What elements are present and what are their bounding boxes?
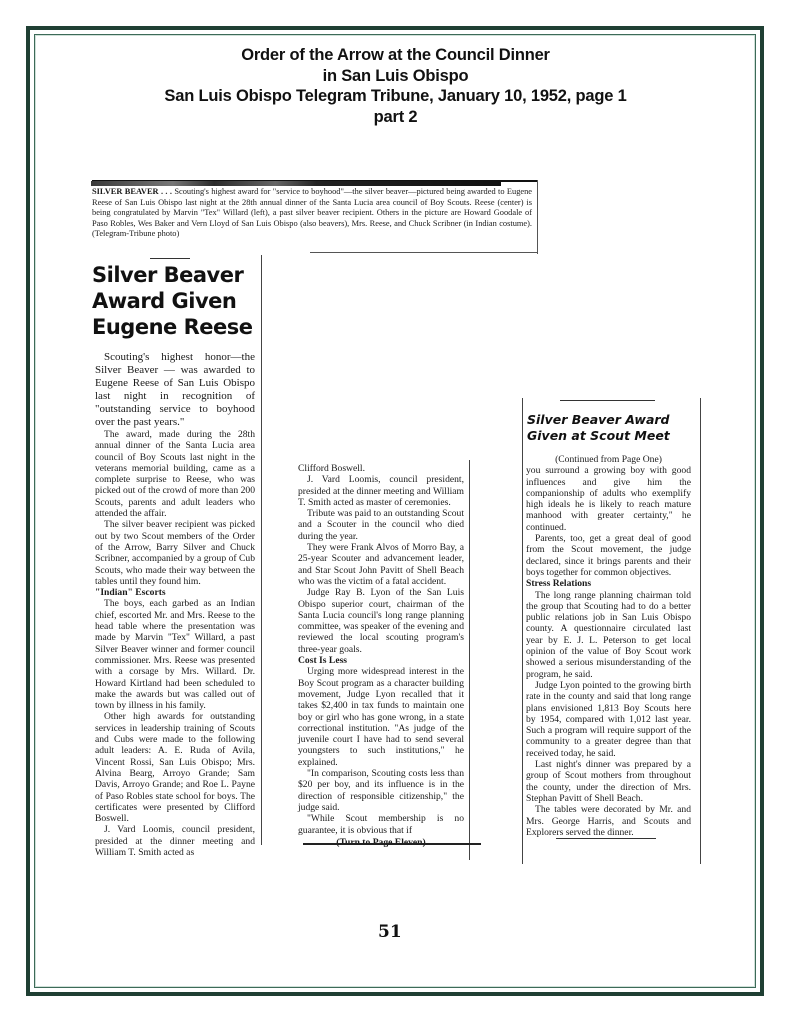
- article2-paragraph: "While Scout membership is no guarantee,…: [298, 813, 464, 836]
- article2-paragraph: J. Vard Loomis, council president, presi…: [298, 474, 464, 508]
- article1-subhead: "Indian" Escorts: [95, 587, 255, 598]
- article2-end-rule: [303, 843, 481, 845]
- article2-paragraph: Judge Ray B. Lyon of the San Luis Obispo…: [298, 587, 464, 655]
- article1-paragraph: The boys, each garbed as an Indian chief…: [95, 598, 255, 711]
- article3-paragraph: The long range planning chairman told th…: [526, 590, 691, 680]
- page-title: Order of the Arrow at the Council Dinner…: [0, 45, 791, 127]
- article1-lead: Scouting's highest honor—the Silver Beav…: [95, 351, 255, 429]
- article1-headline: Silver Beaver Award Given Eugene Reese: [92, 262, 262, 340]
- caption-rule: [537, 180, 538, 254]
- column-rule: [700, 398, 701, 864]
- article1-body: Scouting's highest honor—the Silver Beav…: [95, 351, 255, 858]
- title-line-2: in San Luis Obispo: [0, 66, 791, 87]
- title-line-4: part 2: [0, 107, 791, 128]
- headline-rule: [560, 400, 655, 401]
- caption-lead: SILVER BEAVER . . .: [92, 187, 172, 196]
- article1-paragraph: J. Vard Loomis, council president, presi…: [95, 824, 255, 858]
- photo-fragment: [91, 181, 501, 186]
- article1-paragraph: The silver beaver recipient was picked o…: [95, 519, 255, 587]
- article3-paragraph: Parents, too, get a great deal of good f…: [526, 533, 691, 578]
- article3-paragraph: Last night's dinner was prepared by a gr…: [526, 759, 691, 804]
- article3-headline-line-1: Silver Beaver Award: [527, 412, 697, 428]
- article3-paragraph: you surround a growing boy with good inf…: [526, 465, 691, 533]
- article3-subhead: Stress Relations: [526, 578, 691, 589]
- headline-rule: [150, 258, 190, 259]
- article1-paragraph: Other high awards for outstanding servic…: [95, 711, 255, 824]
- article2-paragraph: They were Frank Alvos of Morro Bay, a 25…: [298, 542, 464, 587]
- article1-paragraph: The award, made during the 28th annual d…: [95, 429, 255, 519]
- article3-body: (Continued from Page One) you surround a…: [526, 454, 691, 838]
- title-line-3: San Luis Obispo Telegram Tribune, Januar…: [0, 86, 791, 107]
- column-rule: [469, 460, 470, 860]
- column-rule: [522, 398, 523, 864]
- caption-bottom-rule: [310, 252, 538, 253]
- article2-first-line: Clifford Boswell.: [298, 463, 464, 474]
- article2-body: Clifford Boswell. J. Vard Loomis, counci…: [298, 463, 464, 848]
- page-number: 51: [378, 922, 402, 942]
- article3-headline: Silver Beaver Award Given at Scout Meet: [527, 412, 697, 444]
- article2-paragraph: "In comparison, Scouting costs less than…: [298, 768, 464, 813]
- article3-continued: (Continued from Page One): [526, 454, 691, 465]
- article3-end-rule: [556, 838, 656, 839]
- article2-paragraph: Tribute was paid to an outstanding Scout…: [298, 508, 464, 542]
- article3-paragraph: Judge Lyon pointed to the growing birth …: [526, 680, 691, 759]
- photo-caption: SILVER BEAVER . . . Scouting's highest a…: [92, 187, 532, 240]
- article2-paragraph: Urging more widespread interest in the B…: [298, 666, 464, 768]
- article2-subhead: Cost Is Less: [298, 655, 464, 666]
- title-line-1: Order of the Arrow at the Council Dinner: [0, 45, 791, 66]
- article3-paragraph: The tables were decorated by Mr. and Mrs…: [526, 804, 691, 838]
- article3-headline-line-2: Given at Scout Meet: [527, 428, 697, 444]
- column-rule: [261, 255, 262, 845]
